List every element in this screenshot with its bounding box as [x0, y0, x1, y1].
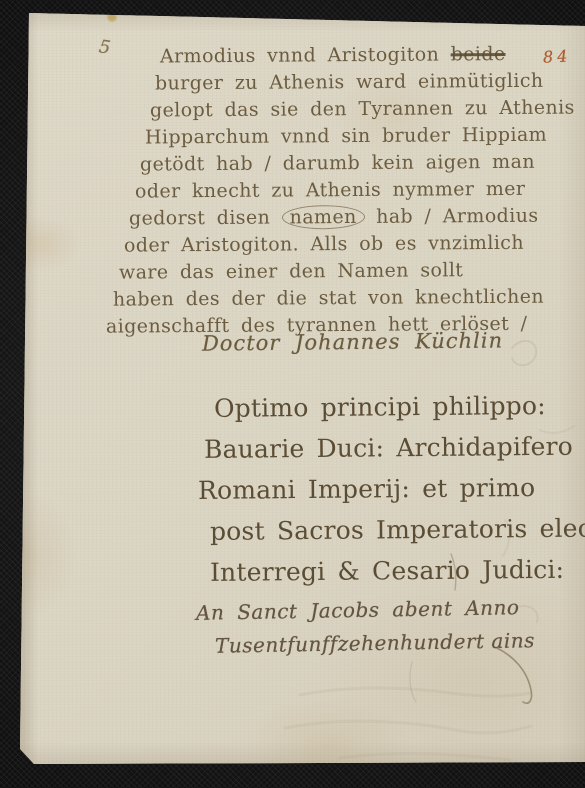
latin-line-5: Interregi & Cesario Judici: — [210, 548, 585, 593]
german-text-block: Armodius vnnd Aristogiton beide burger z… — [106, 42, 575, 339]
german-line-6: oder knecht zu Athenis nymmer mer — [135, 175, 575, 205]
latin-line-4: post Sacros Imperatoris electori. — [210, 507, 585, 552]
german-line-7-pre: gedorst disen — [129, 207, 270, 230]
german-line-7-circled-word: namen — [282, 205, 365, 230]
german-line-8: oder Aristogiton. Alls ob es vnzimlich — [124, 229, 575, 259]
latin-text-block: Optimo principi philippo: Bauarie Duci: … — [198, 386, 585, 591]
latin-line-1: Optimo principi philippo: — [214, 384, 585, 429]
german-line-1-strikethrough-word: beide — [451, 43, 506, 65]
german-line-7-post: hab / Armodius — [376, 205, 538, 228]
german-line-2: burger zu Athenis ward einmütiglich — [155, 68, 575, 98]
german-line-4: Hipparchum vnnd sin bruder Hippiam — [145, 122, 575, 152]
manuscript-photo: 84 5 Armodius vnnd Aristogiton beide bur… — [0, 0, 585, 788]
german-line-7: gedorst disen namen hab / Armodius — [129, 202, 575, 232]
german-line-1: Armodius vnnd Aristogiton beide — [160, 41, 575, 71]
attribution-line: Doctor Johannes Küchlin — [202, 328, 503, 355]
german-line-9: ware das einer den Namen sollt — [119, 256, 575, 286]
german-line-5: getödt hab / darumb kein aigen man — [140, 148, 575, 178]
latin-line-2: Bauarie Duci: Archidapifero — [204, 425, 585, 470]
german-line-1-text: Armodius vnnd Aristogiton — [160, 43, 439, 67]
german-line-10: haben des der die stat von knechtlichen — [113, 283, 575, 313]
latin-line-3: Romani Imperij: et primo — [198, 466, 585, 511]
german-line-3: gelopt das sie den Tyrannen zu Athenis — [150, 95, 575, 125]
